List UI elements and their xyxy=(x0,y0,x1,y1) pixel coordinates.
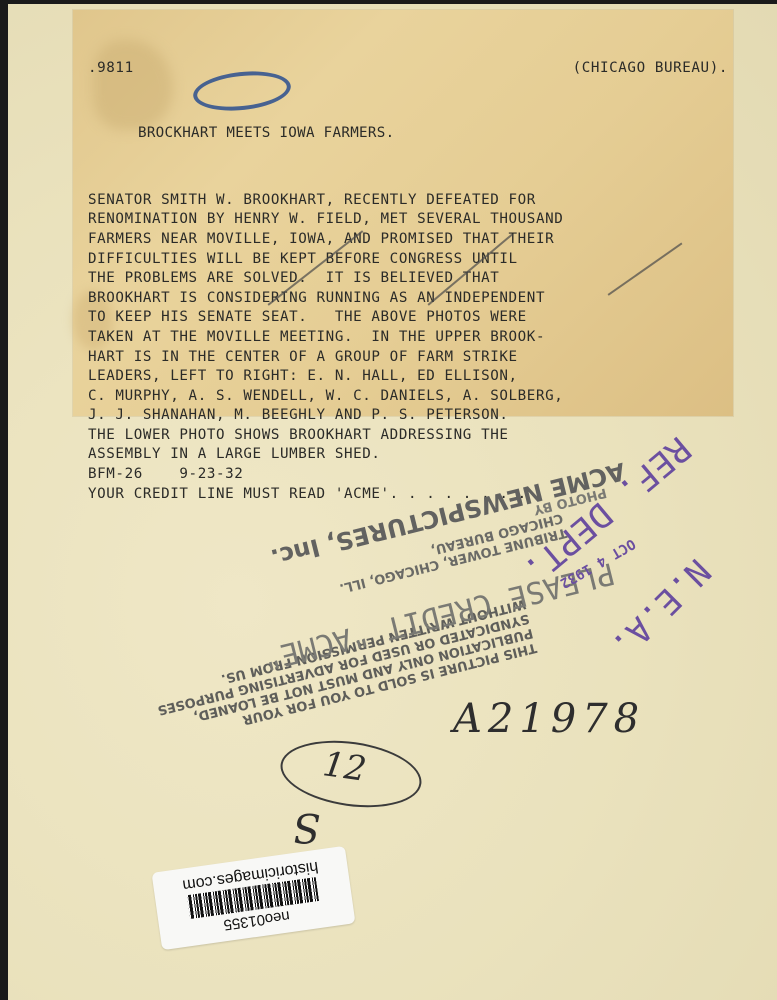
typed-caption-slip: .9811 (CHICAGO BUREAU). BROCKHART MEETS … xyxy=(73,10,733,416)
photo-back-sheet: .9811 (CHICAGO BUREAU). BROCKHART MEETS … xyxy=(8,4,777,1000)
caption-line: HART IS IN THE CENTER OF A GROUP OF FARM… xyxy=(88,348,728,368)
caption-header: .9811 (CHICAGO BUREAU). xyxy=(88,59,728,79)
caption-title: BROCKHART MEETS IOWA FARMERS. xyxy=(88,124,728,144)
caption-line: RENOMINATION BY HENRY W. FIELD, MET SEVE… xyxy=(88,210,728,230)
caption-line: DIFFICULTIES WILL BE KEPT BEFORE CONGRES… xyxy=(88,250,728,270)
caption-line: TO KEEP HIS SENATE SEAT. THE ABOVE PHOTO… xyxy=(88,308,728,328)
caption-line: BROOKHART IS CONSIDERING RUNNING AS AN I… xyxy=(88,289,728,309)
nea-stamp: N.E.A. xyxy=(603,551,718,666)
caption-line: THE PROBLEMS ARE SOLVED. IT IS BELIEVED … xyxy=(88,269,728,289)
caption-line: FARMERS NEAR MOVILLE, IOWA, AND PROMISED… xyxy=(88,230,728,250)
caption-line: SENATOR SMITH W. BROOKHART, RECENTLY DEF… xyxy=(88,191,728,211)
caption-number: .9811 xyxy=(88,59,134,79)
pencil-mark: S xyxy=(293,804,320,850)
archive-number-handwritten: A21978 xyxy=(453,696,645,742)
barcode-label: neo01355 historicimages.com xyxy=(152,846,356,950)
caption-line: LEADERS, LEFT TO RIGHT: E. N. HALL, ED E… xyxy=(88,367,728,387)
circled-number-text: 12 xyxy=(320,744,368,790)
caption-line: TAKEN AT THE MOVILLE MEETING. IN THE UPP… xyxy=(88,328,728,348)
caption-bureau: (CHICAGO BUREAU). xyxy=(573,59,728,79)
rubber-stamp-area: THIS PICTURE IS SOLD TO YOU FOR YOUR PUB… xyxy=(128,399,688,699)
